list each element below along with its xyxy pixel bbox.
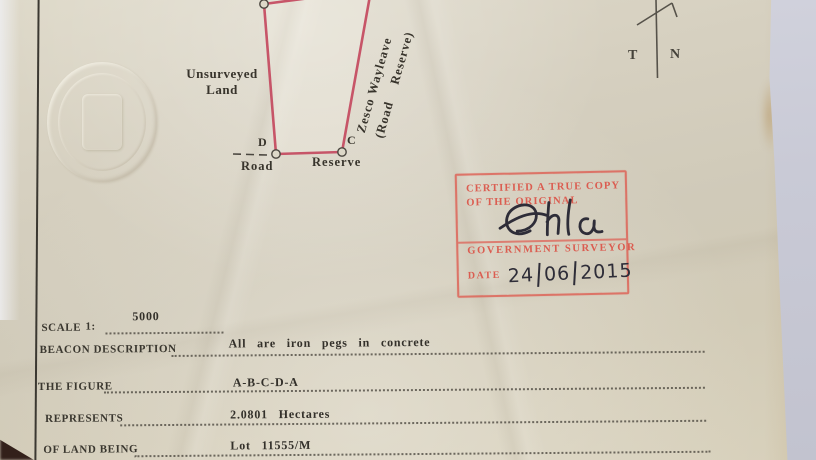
represents-dotted-line [120, 419, 706, 427]
figure-dotted-line [104, 386, 705, 394]
survey-document-photo: Unsurveyed Land Zesco Wayleave (Road Res… [0, 0, 816, 460]
land-being-label: OF LAND BEING [43, 443, 138, 456]
scale-label: SCALE [41, 322, 81, 334]
scale-ratio-prefix: 1: [85, 321, 95, 333]
land-being-value: Lot 11555/M [230, 438, 311, 454]
survey-form-fields: SCALE 1: 5000 BEACON DESCRIPTION All are… [0, 0, 816, 460]
beacon-description-value: All are iron pegs in concrete [229, 335, 431, 352]
represents-value: 2.0801 Hectares [230, 407, 330, 423]
figure-label: THE FIGURE [38, 380, 113, 393]
represents-label: REPRESENTS [45, 412, 123, 425]
scale-dotted-line [105, 331, 223, 335]
scale-value: 5000 [132, 309, 159, 324]
beacon-description-label: BEACON DESCRIPTION [40, 343, 177, 356]
